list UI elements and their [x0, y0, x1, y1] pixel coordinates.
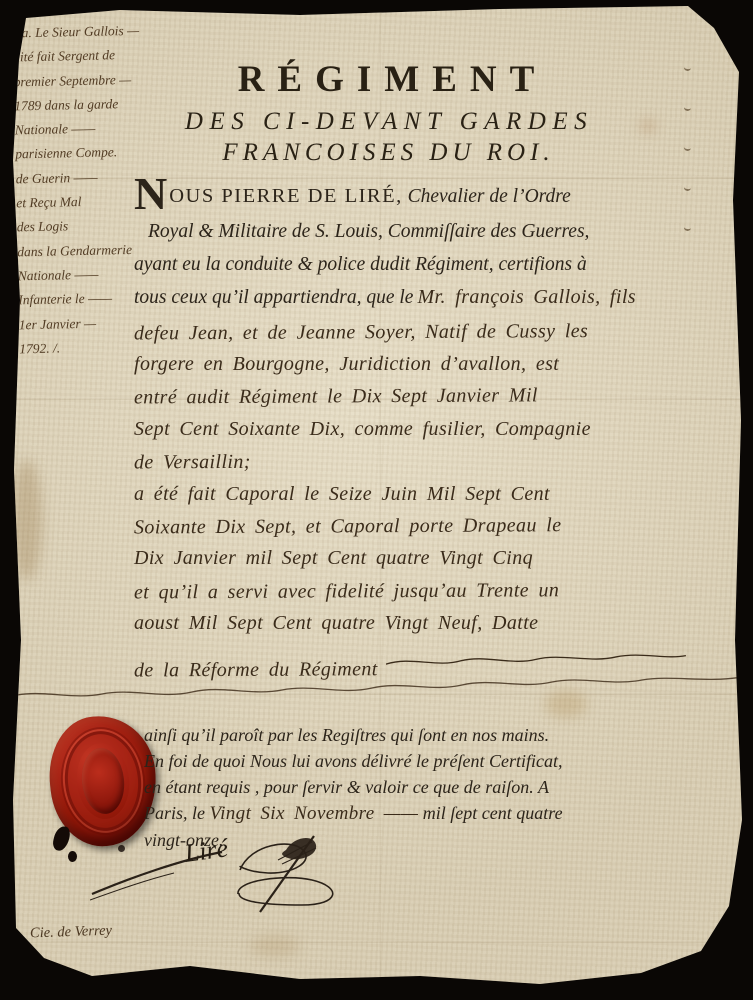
body-line-manuscript: a été fait Caporal le Seize Juin Mil Sep…	[134, 478, 694, 510]
marginalia-line: parisienne Compe.	[15, 140, 147, 167]
marginalia-line: dité fait Sergent de	[13, 43, 145, 70]
officer-name-caps: OUS PIERRE DE LIRÉ,	[169, 185, 403, 207]
date-manuscript: Vingt Six Novembre ——	[210, 803, 419, 824]
regiment-title: RÉGIMENT	[112, 58, 673, 101]
signature-name: Liré	[182, 833, 231, 868]
body-line-manuscript: entré audit Régiment le Dix Sept Janvier…	[134, 379, 694, 414]
document-paper: Na. Le Sieur Gallois — dité fait Sergent…	[0, 0, 753, 1000]
marginalia-line: Na. Le Sieur Gallois —	[12, 19, 144, 46]
marginalia-line: et Reçu Mal	[16, 189, 148, 216]
body-line-manuscript: Soixante Dix Sept, et Caporal porte Drap…	[134, 509, 694, 544]
marginalia-line: 1789 dans la garde	[14, 92, 146, 119]
regiment-subtitle-2: FRANCOISES DU ROI.	[112, 139, 665, 167]
letterhead: RÉGIMENT DES CI-DEVANT GARDES FRANCOISES…	[112, 58, 660, 167]
marginalia-line: dans la Gendarmerie	[17, 237, 149, 264]
body-line-print: ayant eu la conduite & police dudit Régi…	[134, 249, 694, 281]
stain	[250, 935, 300, 957]
owner-note: Cie. de Verrey	[30, 923, 113, 943]
signature-flourish: Liré	[90, 830, 370, 920]
wavy-rule	[12, 672, 742, 702]
marginalia-line: des Logis	[17, 213, 149, 240]
marginalia-line: Nationale ——	[18, 262, 150, 289]
marginalia-line: Infanterie le ——	[18, 286, 150, 313]
marginalia-line: premier Septembre —	[13, 67, 145, 94]
body-line-manuscript: forgere en Bourgogne, Juridiction d’aval…	[134, 348, 694, 380]
stitch-marks	[684, 64, 696, 264]
marginalia: Na. Le Sieur Gallois — dité fait Sergent…	[12, 19, 151, 362]
body-line-mixed: tous ceux qu’il appartiendra, que le Mr.…	[134, 281, 694, 315]
body-line-manuscript: Sept Cent Soixante Dix, comme fusilier, …	[134, 413, 694, 445]
body-line-manuscript: Dix Janvier mil Sept Cent quatre Vingt C…	[134, 542, 694, 574]
ink-spot	[51, 825, 72, 853]
closing-line: ainſi qu’il paroît par les Regiſtres qui…	[144, 722, 664, 748]
regiment-subtitle-1: DES CI-DEVANT GARDES	[112, 108, 666, 136]
body-line-manuscript: et qu’il a servi avec fidelité jusqu’au …	[134, 573, 694, 608]
closing-line: En foi de quoi Nous lui avons délivré le…	[144, 748, 664, 774]
body-line-print: NOUS PIERRE DE LIRÉ, Chevalier de l’Ordr…	[134, 180, 694, 214]
marginalia-line: de Guerin ——	[16, 164, 148, 191]
body-line-manuscript: defeu Jean, et de Jeanne Soyer, Natif de…	[134, 314, 694, 349]
document-scan: Na. Le Sieur Gallois — dité fait Sergent…	[0, 0, 753, 1000]
stain	[12, 460, 42, 580]
marginalia-line: Nationale ——	[14, 116, 146, 143]
signature: Liré	[90, 830, 370, 925]
certificate-body: NOUS PIERRE DE LIRÉ, Chevalier de l’Ordr…	[134, 180, 694, 685]
ink-spot	[68, 851, 77, 862]
marginalia-line: 1er Janvier —	[19, 310, 151, 337]
body-line-manuscript: aoust Mil Sept Cent quatre Vingt Neuf, D…	[134, 607, 694, 639]
body-line-manuscript: de Versaillin;	[134, 444, 694, 479]
soldier-name: Mr. françois Gallois, fils	[417, 286, 636, 308]
marginalia-line: 1792. /.	[19, 334, 151, 361]
fold-crease	[0, 940, 753, 943]
body-line-print: Royal & Militaire de S. Louis, Commiſſai…	[148, 216, 694, 248]
closing-line-date: Paris, le Vingt Six Novembre —— mil ſept…	[144, 800, 664, 827]
closing-line: en étant requis , pour ſervir & valoir c…	[144, 774, 664, 800]
pen-flourish	[386, 651, 686, 669]
